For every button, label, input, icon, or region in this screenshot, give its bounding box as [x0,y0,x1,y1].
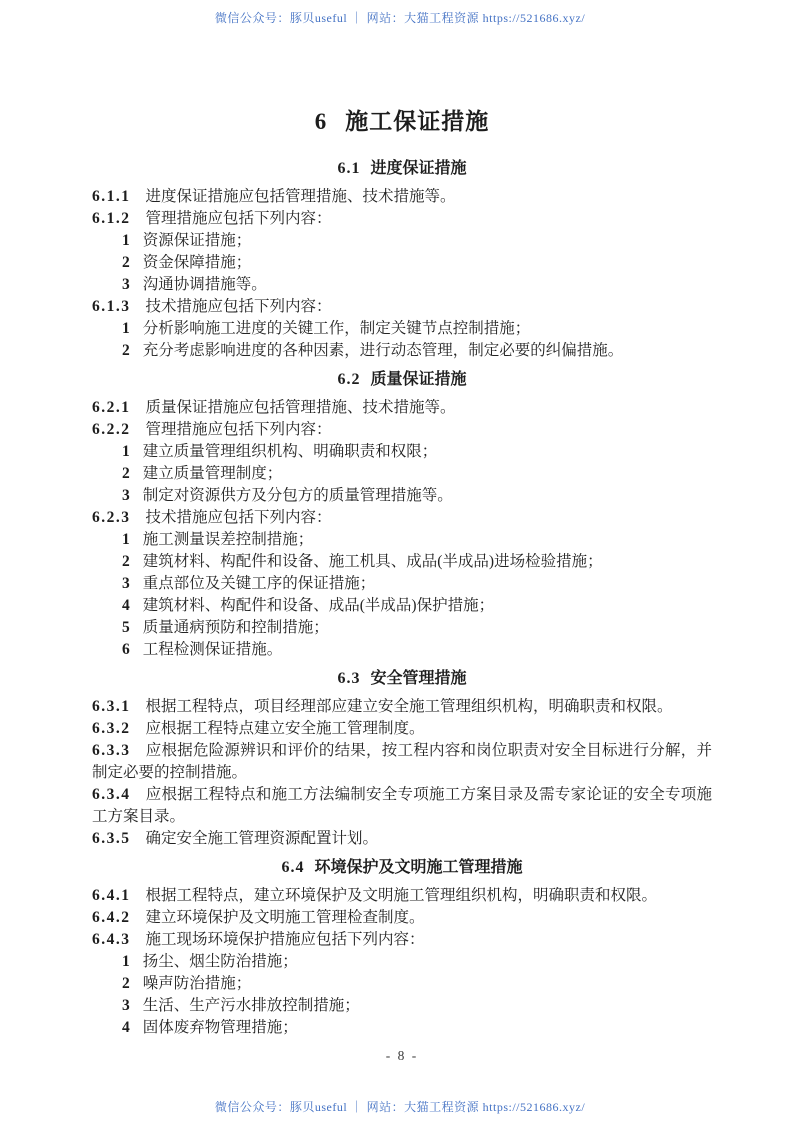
clause-number: 6.4.3 [92,931,131,948]
clause: 6.4.3施工现场环境保护措施应包括下列内容： [92,929,712,951]
clause: 6.1.2管理措施应包括下列内容： [92,208,712,230]
clause-text: 根据工程特点，建立环境保护及文明施工管理组织机构，明确职责和权限。 [146,887,658,904]
clause: 6.3.3应根据危险源辨识和评价的结果，按工程内容和岗位职责对安全目标进行分解，… [92,740,712,784]
item-number: 6 [122,641,130,658]
item-number: 3 [122,997,130,1014]
item-text: 建立质量管理制度； [143,465,283,482]
clause: 6.4.2建立环境保护及文明施工管理检查制度。 [92,907,712,929]
section-title-text: 进度保证措施 [370,160,466,177]
section-heading: 6.3安全管理措施 [92,668,712,690]
item-text: 生活、生产污水排放控制措施； [143,997,360,1014]
item-number: 2 [122,975,130,992]
clause-text: 应根据工程特点和施工方法编制安全专项施工方案目录及需专家论证的安全专项施工方案目… [92,786,712,825]
clause-number: 6.3.2 [92,720,131,737]
item-text: 工程检测保证措施。 [143,641,283,658]
item-number: 2 [122,342,130,359]
item-number: 3 [122,575,130,592]
section-title-text: 环境保护及文明施工管理措施 [314,859,522,876]
list-item: 3重点部位及关键工序的保证措施； [92,573,712,595]
clause: 6.3.2应根据工程特点建立安全施工管理制度。 [92,718,712,740]
clause-text: 管理措施应包括下列内容： [146,421,332,438]
list-item: 4建筑材料、构配件和设备、成品(半成品)保护措施； [92,595,712,617]
item-text: 充分考虑影响进度的各种因素，进行动态管理，制定必要的纠偏措施。 [143,342,624,359]
item-number: 4 [122,597,130,614]
list-item: 6工程检测保证措施。 [92,639,712,661]
list-item: 3生活、生产污水排放控制措施； [92,995,712,1017]
chapter-title-text: 施工保证措施 [345,109,489,134]
item-text: 建筑材料、构配件和设备、施工机具、成品(半成品)进场检验措施； [143,553,603,570]
clause-number: 6.1.2 [92,210,131,227]
clause-number: 6.2.1 [92,399,131,416]
clause: 6.1.1进度保证措施应包括管理措施、技术措施等。 [92,186,712,208]
clause-text: 确定安全施工管理资源配置计划。 [146,830,379,847]
section-heading: 6.2质量保证措施 [92,369,712,391]
clause: 6.3.5确定安全施工管理资源配置计划。 [92,828,712,850]
item-text: 资金保障措施； [143,254,252,271]
item-number: 5 [122,619,130,636]
clause-number: 6.3.5 [92,830,131,847]
clause-number: 6.2.2 [92,421,131,438]
chapter-title: 6施工保证措施 [92,106,712,138]
list-item: 2噪声防治措施； [92,973,712,995]
clause-text: 根据工程特点，项目经理部应建立安全施工管理组织机构，明确职责和权限。 [146,698,673,715]
clause-number: 6.3.4 [92,786,131,803]
section-number: 6.3 [337,670,360,687]
clause: 6.1.3技术措施应包括下列内容： [92,296,712,318]
list-item: 3制定对资源供方及分包方的质量管理措施等。 [92,485,712,507]
clause: 6.4.1根据工程特点，建立环境保护及文明施工管理组织机构，明确职责和权限。 [92,885,712,907]
item-number: 4 [122,1019,130,1036]
list-item: 1分析影响施工进度的关键工作，制定关键节点控制措施； [92,318,712,340]
sections-container: 6.1进度保证措施6.1.1进度保证措施应包括管理措施、技术措施等。6.1.2管… [92,158,712,1039]
clause-number: 6.4.2 [92,909,131,926]
list-item: 1施工测量误差控制措施； [92,529,712,551]
clause-text: 施工现场环境保护措施应包括下列内容： [146,931,425,948]
clause-number: 6.4.1 [92,887,131,904]
clause: 6.2.3技术措施应包括下列内容： [92,507,712,529]
clause: 6.3.1根据工程特点，项目经理部应建立安全施工管理组织机构，明确职责和权限。 [92,696,712,718]
item-number: 2 [122,553,130,570]
clause: 6.3.4应根据工程特点和施工方法编制安全专项施工方案目录及需专家论证的安全专项… [92,784,712,828]
section-number: 6.2 [337,371,360,388]
list-item: 1建立质量管理组织机构、明确职责和权限； [92,441,712,463]
section-heading: 6.1进度保证措施 [92,158,712,180]
section-title-text: 质量保证措施 [370,371,466,388]
clause-number: 6.2.3 [92,509,131,526]
document-page: 微信公众号：豚贝useful ｜ 网站：大猫工程资源 https://52168… [0,0,800,1131]
list-item: 2充分考虑影响进度的各种因素，进行动态管理，制定必要的纠偏措施。 [92,340,712,362]
clause-text: 应根据危险源辨识和评价的结果，按工程内容和岗位职责对安全目标进行分解，并制定必要… [92,742,712,781]
clause: 6.2.2管理措施应包括下列内容： [92,419,712,441]
clause-text: 应根据工程特点建立安全施工管理制度。 [146,720,425,737]
section-title-text: 安全管理措施 [370,670,466,687]
list-item: 2建立质量管理制度； [92,463,712,485]
item-text: 施工测量误差控制措施； [143,531,314,548]
item-text: 固体废弃物管理措施； [143,1019,298,1036]
item-number: 1 [122,531,130,548]
item-text: 建筑材料、构配件和设备、成品(半成品)保护措施； [143,597,494,614]
item-text: 建立质量管理组织机构、明确职责和权限； [143,443,438,460]
list-item: 2资金保障措施； [92,252,712,274]
list-item: 1资源保证措施； [92,230,712,252]
watermark-footer: 微信公众号：豚贝useful ｜ 网站：大猫工程资源 https://52168… [0,1098,800,1115]
item-number: 1 [122,953,130,970]
item-number: 2 [122,465,130,482]
item-number: 1 [122,232,130,249]
item-number: 3 [122,487,130,504]
page-number: - 8 - [92,1046,712,1066]
item-text: 重点部位及关键工序的保证措施； [143,575,376,592]
item-text: 分析影响施工进度的关键工作，制定关键节点控制措施； [143,320,531,337]
clause-text: 技术措施应包括下列内容： [146,298,332,315]
clause: 6.2.1质量保证措施应包括管理措施、技术措施等。 [92,397,712,419]
list-item: 5质量通病预防和控制措施； [92,617,712,639]
list-item: 2建筑材料、构配件和设备、施工机具、成品(半成品)进场检验措施； [92,551,712,573]
clause-number: 6.3.1 [92,698,131,715]
clause-text: 质量保证措施应包括管理措施、技术措施等。 [146,399,456,416]
item-text: 扬尘、烟尘防治措施； [143,953,298,970]
item-number: 1 [122,320,130,337]
list-item: 4固体废弃物管理措施； [92,1017,712,1039]
clause-number: 6.1.1 [92,188,131,205]
item-text: 资源保证措施； [143,232,252,249]
item-text: 制定对资源供方及分包方的质量管理措施等。 [143,487,453,504]
document-content: 6施工保证措施 6.1进度保证措施6.1.1进度保证措施应包括管理措施、技术措施… [0,0,800,1066]
section-number: 6.1 [337,160,360,177]
list-item: 1扬尘、烟尘防治措施； [92,951,712,973]
section-heading: 6.4环境保护及文明施工管理措施 [92,857,712,879]
item-number: 1 [122,443,130,460]
item-number: 2 [122,254,130,271]
item-text: 噪声防治措施； [143,975,252,992]
clause-text: 管理措施应包括下列内容： [146,210,332,227]
clause-number: 6.1.3 [92,298,131,315]
list-item: 3沟通协调措施等。 [92,274,712,296]
section-number: 6.4 [281,859,304,876]
item-text: 沟通协调措施等。 [143,276,267,293]
item-text: 质量通病预防和控制措施； [143,619,329,636]
clause-text: 进度保证措施应包括管理措施、技术措施等。 [146,188,456,205]
item-number: 3 [122,276,130,293]
chapter-number: 6 [315,109,328,134]
clause-number: 6.3.3 [92,742,131,759]
clause-text: 技术措施应包括下列内容： [146,509,332,526]
clause-text: 建立环境保护及文明施工管理检查制度。 [146,909,425,926]
